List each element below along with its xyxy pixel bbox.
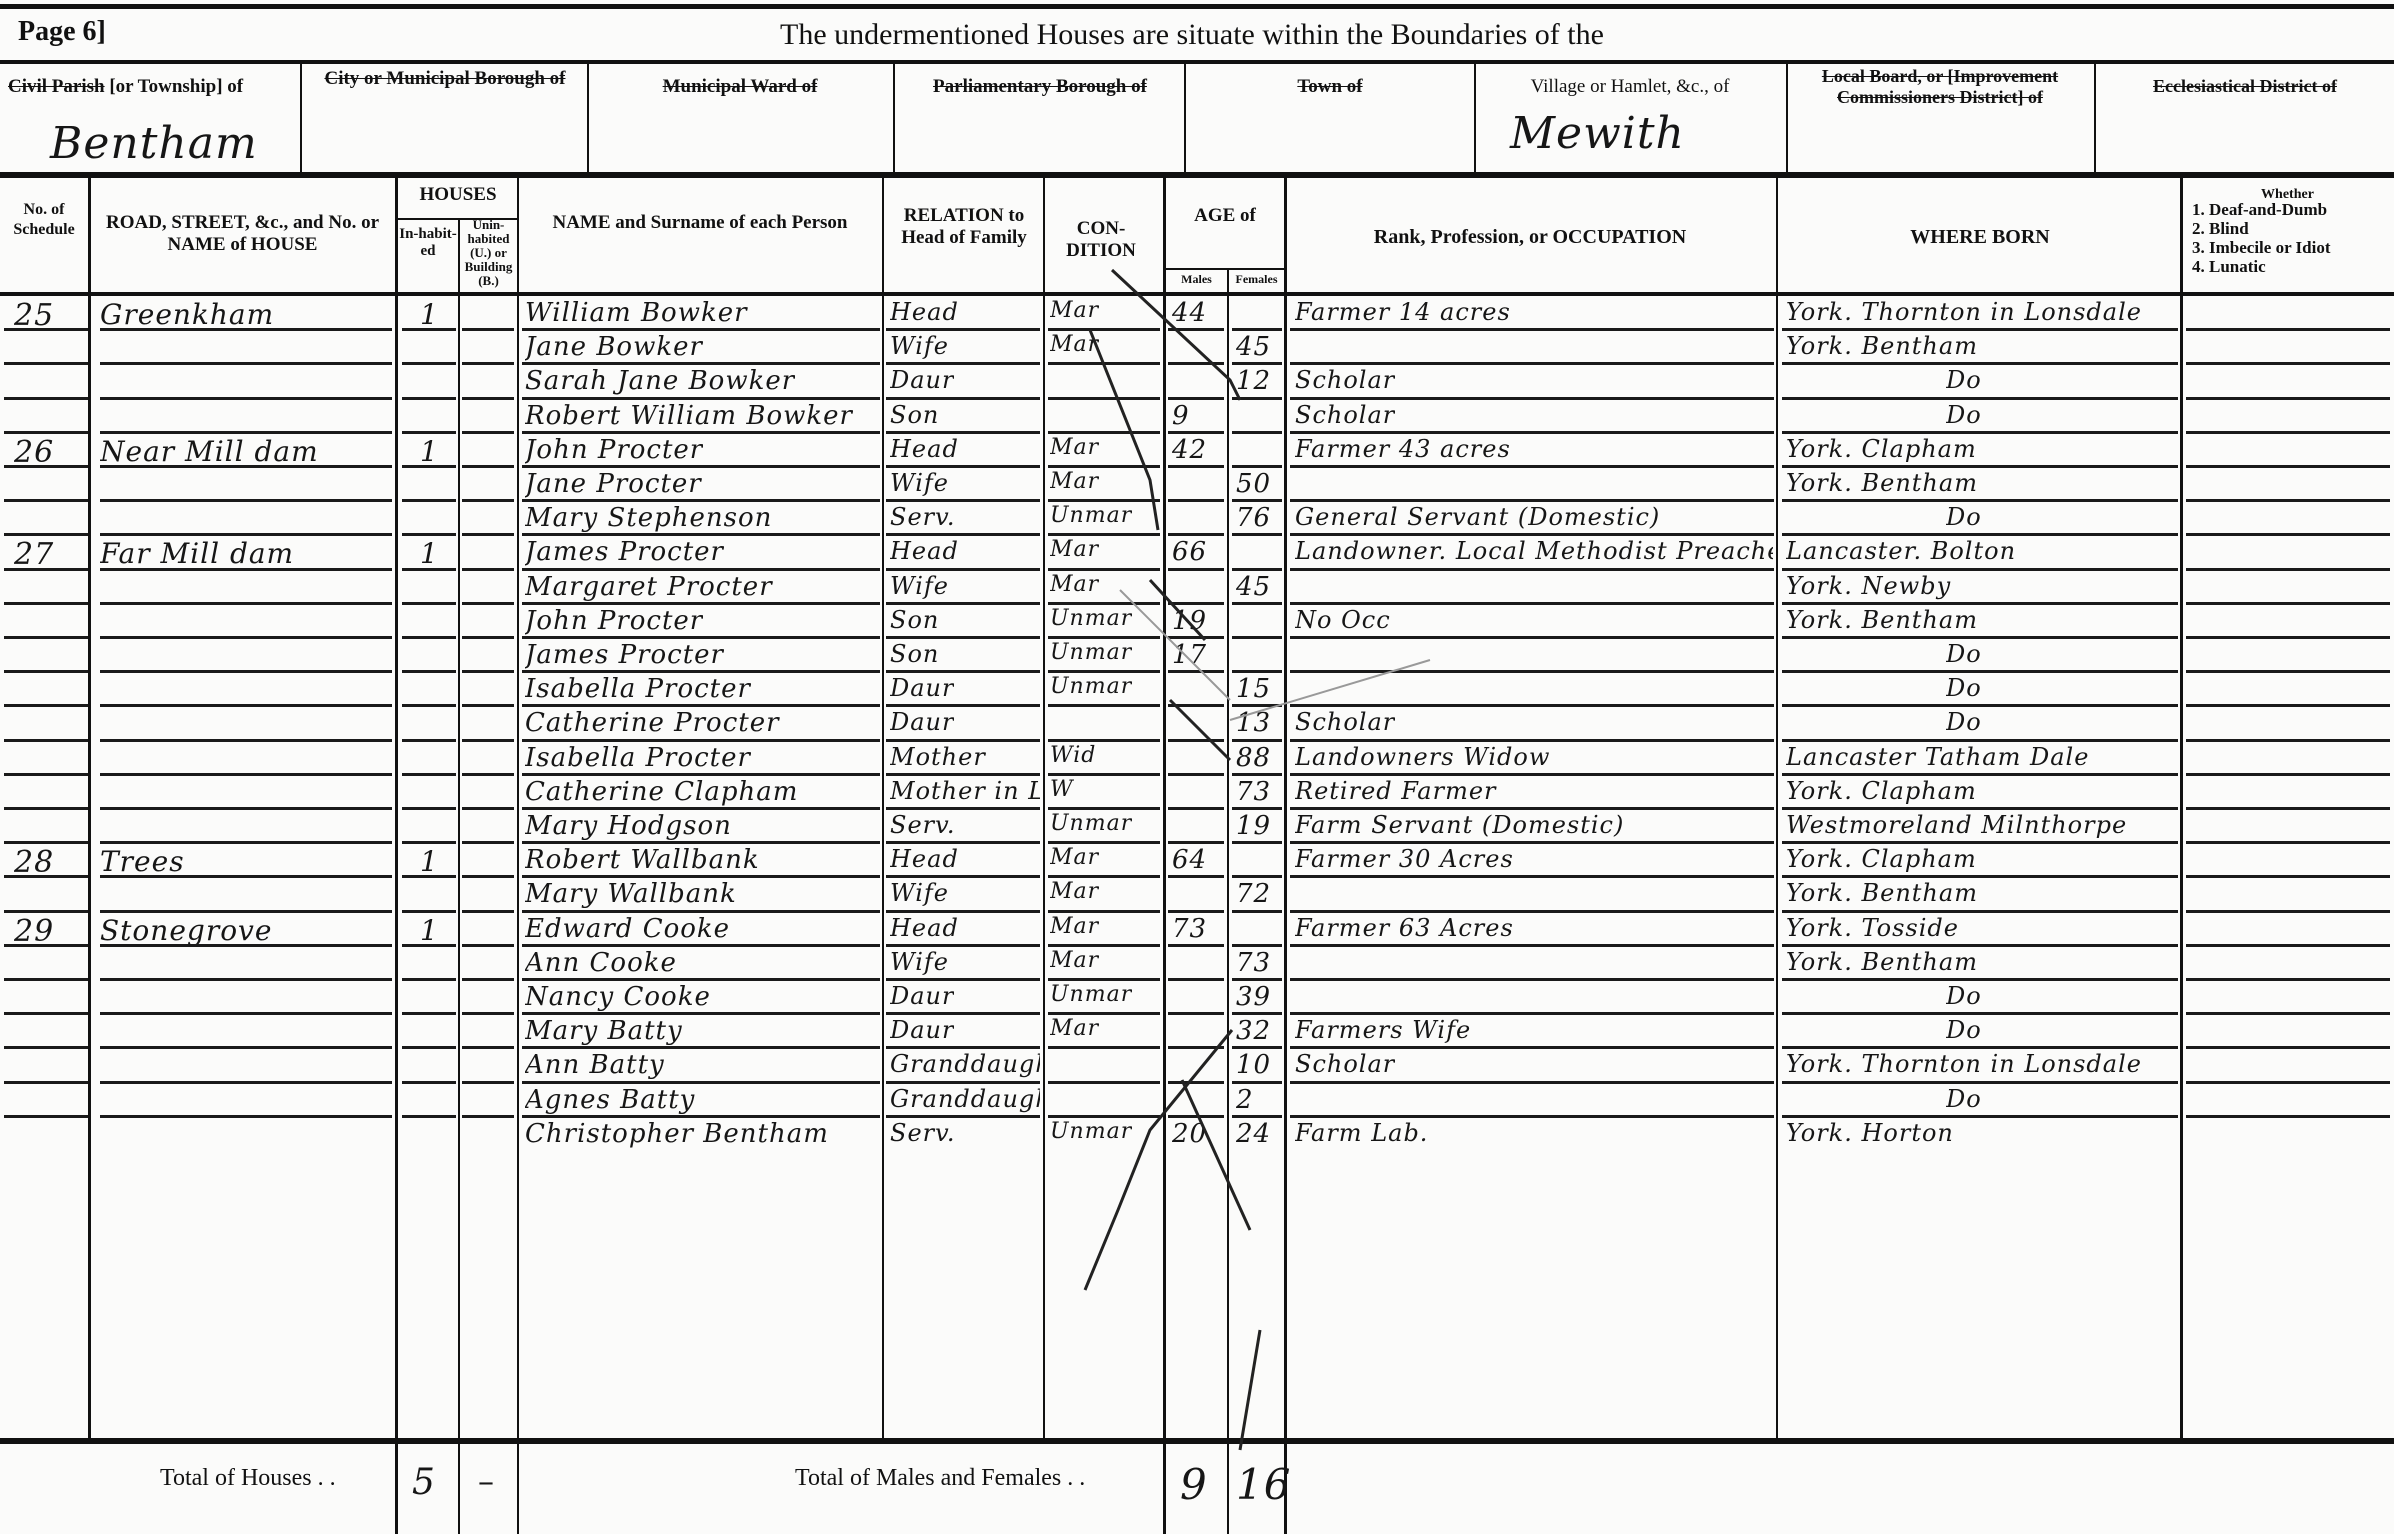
census-page: Page 6] The undermentioned Houses are si…	[0, 0, 2394, 1534]
tally-marks-overlay	[0, 0, 2394, 1534]
